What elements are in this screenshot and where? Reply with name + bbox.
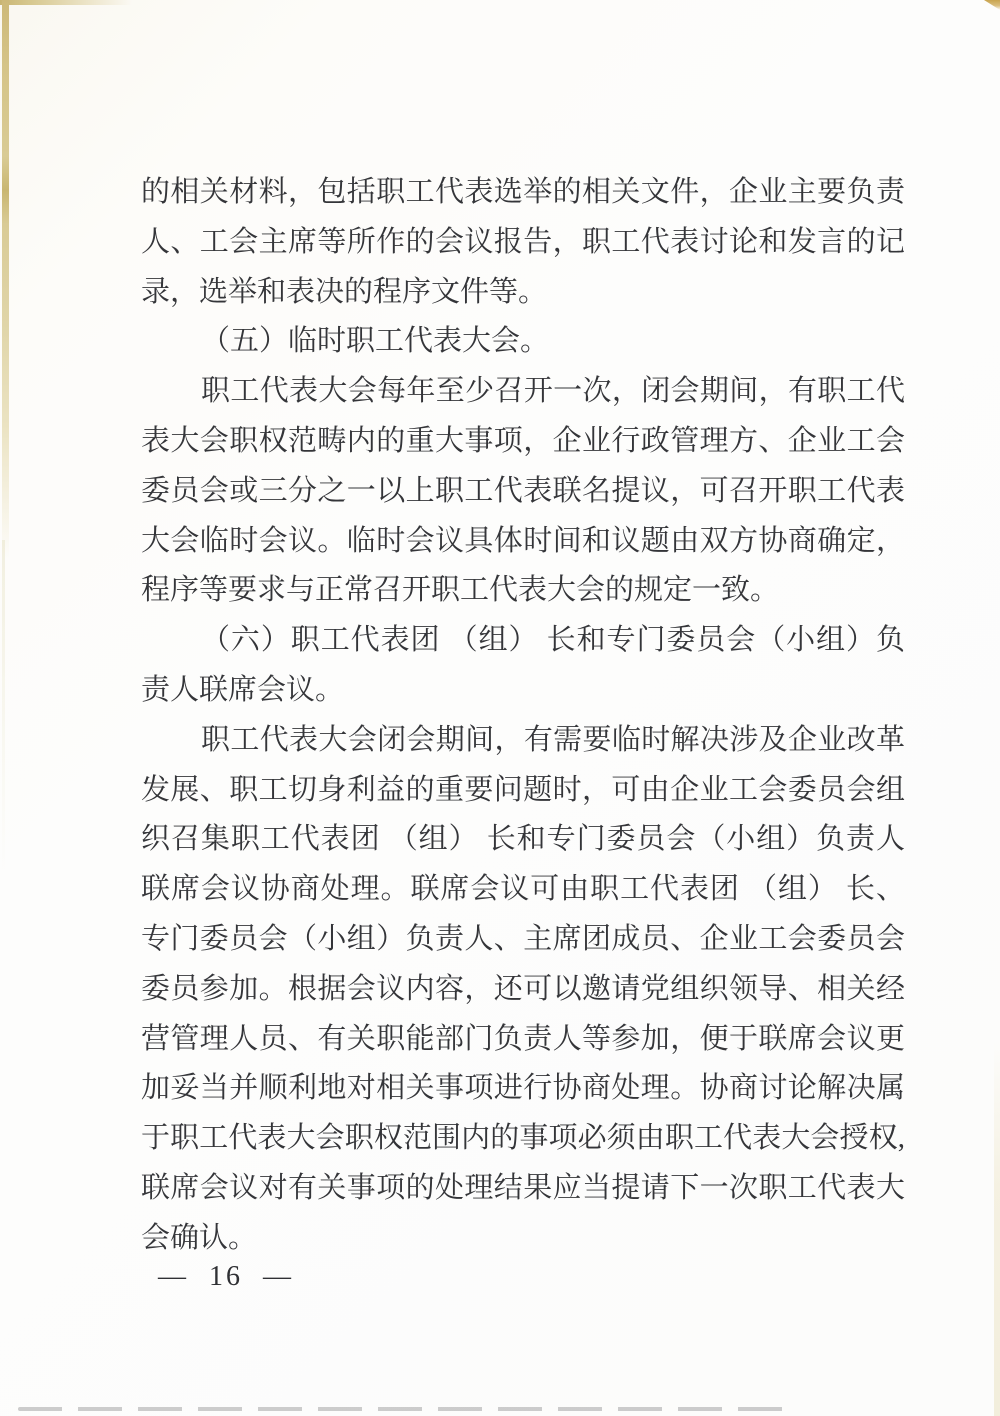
text-line: 会确认。 [141, 1214, 905, 1264]
scan-bottom-edge [18, 1407, 792, 1411]
text-line: 职工代表大会每年至少召开一次，闭会期间，有职工代 [141, 367, 905, 417]
text-line: 程序等要求与正常召开职工代表大会的规定一致。 [141, 566, 905, 616]
text-line: 加妥当并顺利地对相关事项进行协商处理。协商讨论解决属 [141, 1064, 905, 1114]
text-line: 发展、职工切身利益的重要问题时，可由企业工会委员会组 [141, 766, 905, 816]
text-line: 职工代表大会闭会期间，有需要临时解决涉及企业改革 [141, 716, 905, 766]
text-line: 委员参加。根据会议内容，还可以邀请党组织领导、相关经 [141, 965, 905, 1015]
text-line: 于职工代表大会职权范围内的事项必须由职工代表大会授权, [141, 1114, 905, 1164]
scan-edge-right [994, 1040, 1000, 1416]
scan-corner-gold [984, 0, 1000, 10]
text-line: 织召集职工代表团 （组） 长和专门委员会（小组）负责人 [141, 815, 905, 865]
scan-edge-top [0, 0, 132, 5]
text-line: （六）职工代表团 （组） 长和专门委员会（小组）负 [141, 616, 905, 666]
page-number: — 16 — [158, 1261, 294, 1293]
scan-edge-left [2, 0, 9, 560]
text-line: 联席会议协商处理。联席会议可由职工代表团 （组） 长、 [141, 865, 905, 915]
text-line: 委员会或三分之一以上职工代表联名提议，可召开职工代表 [141, 467, 905, 517]
scan-edge-left-faint [2, 540, 5, 870]
text-line: （五）临时职工代表大会。 [141, 317, 905, 367]
text-line: 录，选举和表决的程序文件等。 [141, 268, 905, 318]
text-line: 联席会议对有关事项的处理结果应当提请下一次职工代表大 [141, 1164, 905, 1214]
document-body-text: 的相关材料，包括职工代表选举的相关文件，企业主要负责人、工会主席等所作的会议报告… [141, 168, 905, 1264]
scanned-page: 的相关材料，包括职工代表选举的相关文件，企业主要负责人、工会主席等所作的会议报告… [0, 0, 1000, 1416]
text-line: 责人联席会议。 [141, 666, 905, 716]
text-line: 营管理人员、有关职能部门负责人等参加，便于联席会议更 [141, 1015, 905, 1065]
text-line: 人、工会主席等所作的会议报告，职工代表讨论和发言的记 [141, 218, 905, 268]
text-line: 大会临时会议。临时会议具体时间和议题由双方协商确定， [141, 517, 905, 567]
text-line: 的相关材料，包括职工代表选举的相关文件，企业主要负责 [141, 168, 905, 218]
text-line: 表大会职权范畴内的重大事项，企业行政管理方、企业工会 [141, 417, 905, 467]
text-line: 专门委员会（小组）负责人、主席团成员、企业工会委员会 [141, 915, 905, 965]
